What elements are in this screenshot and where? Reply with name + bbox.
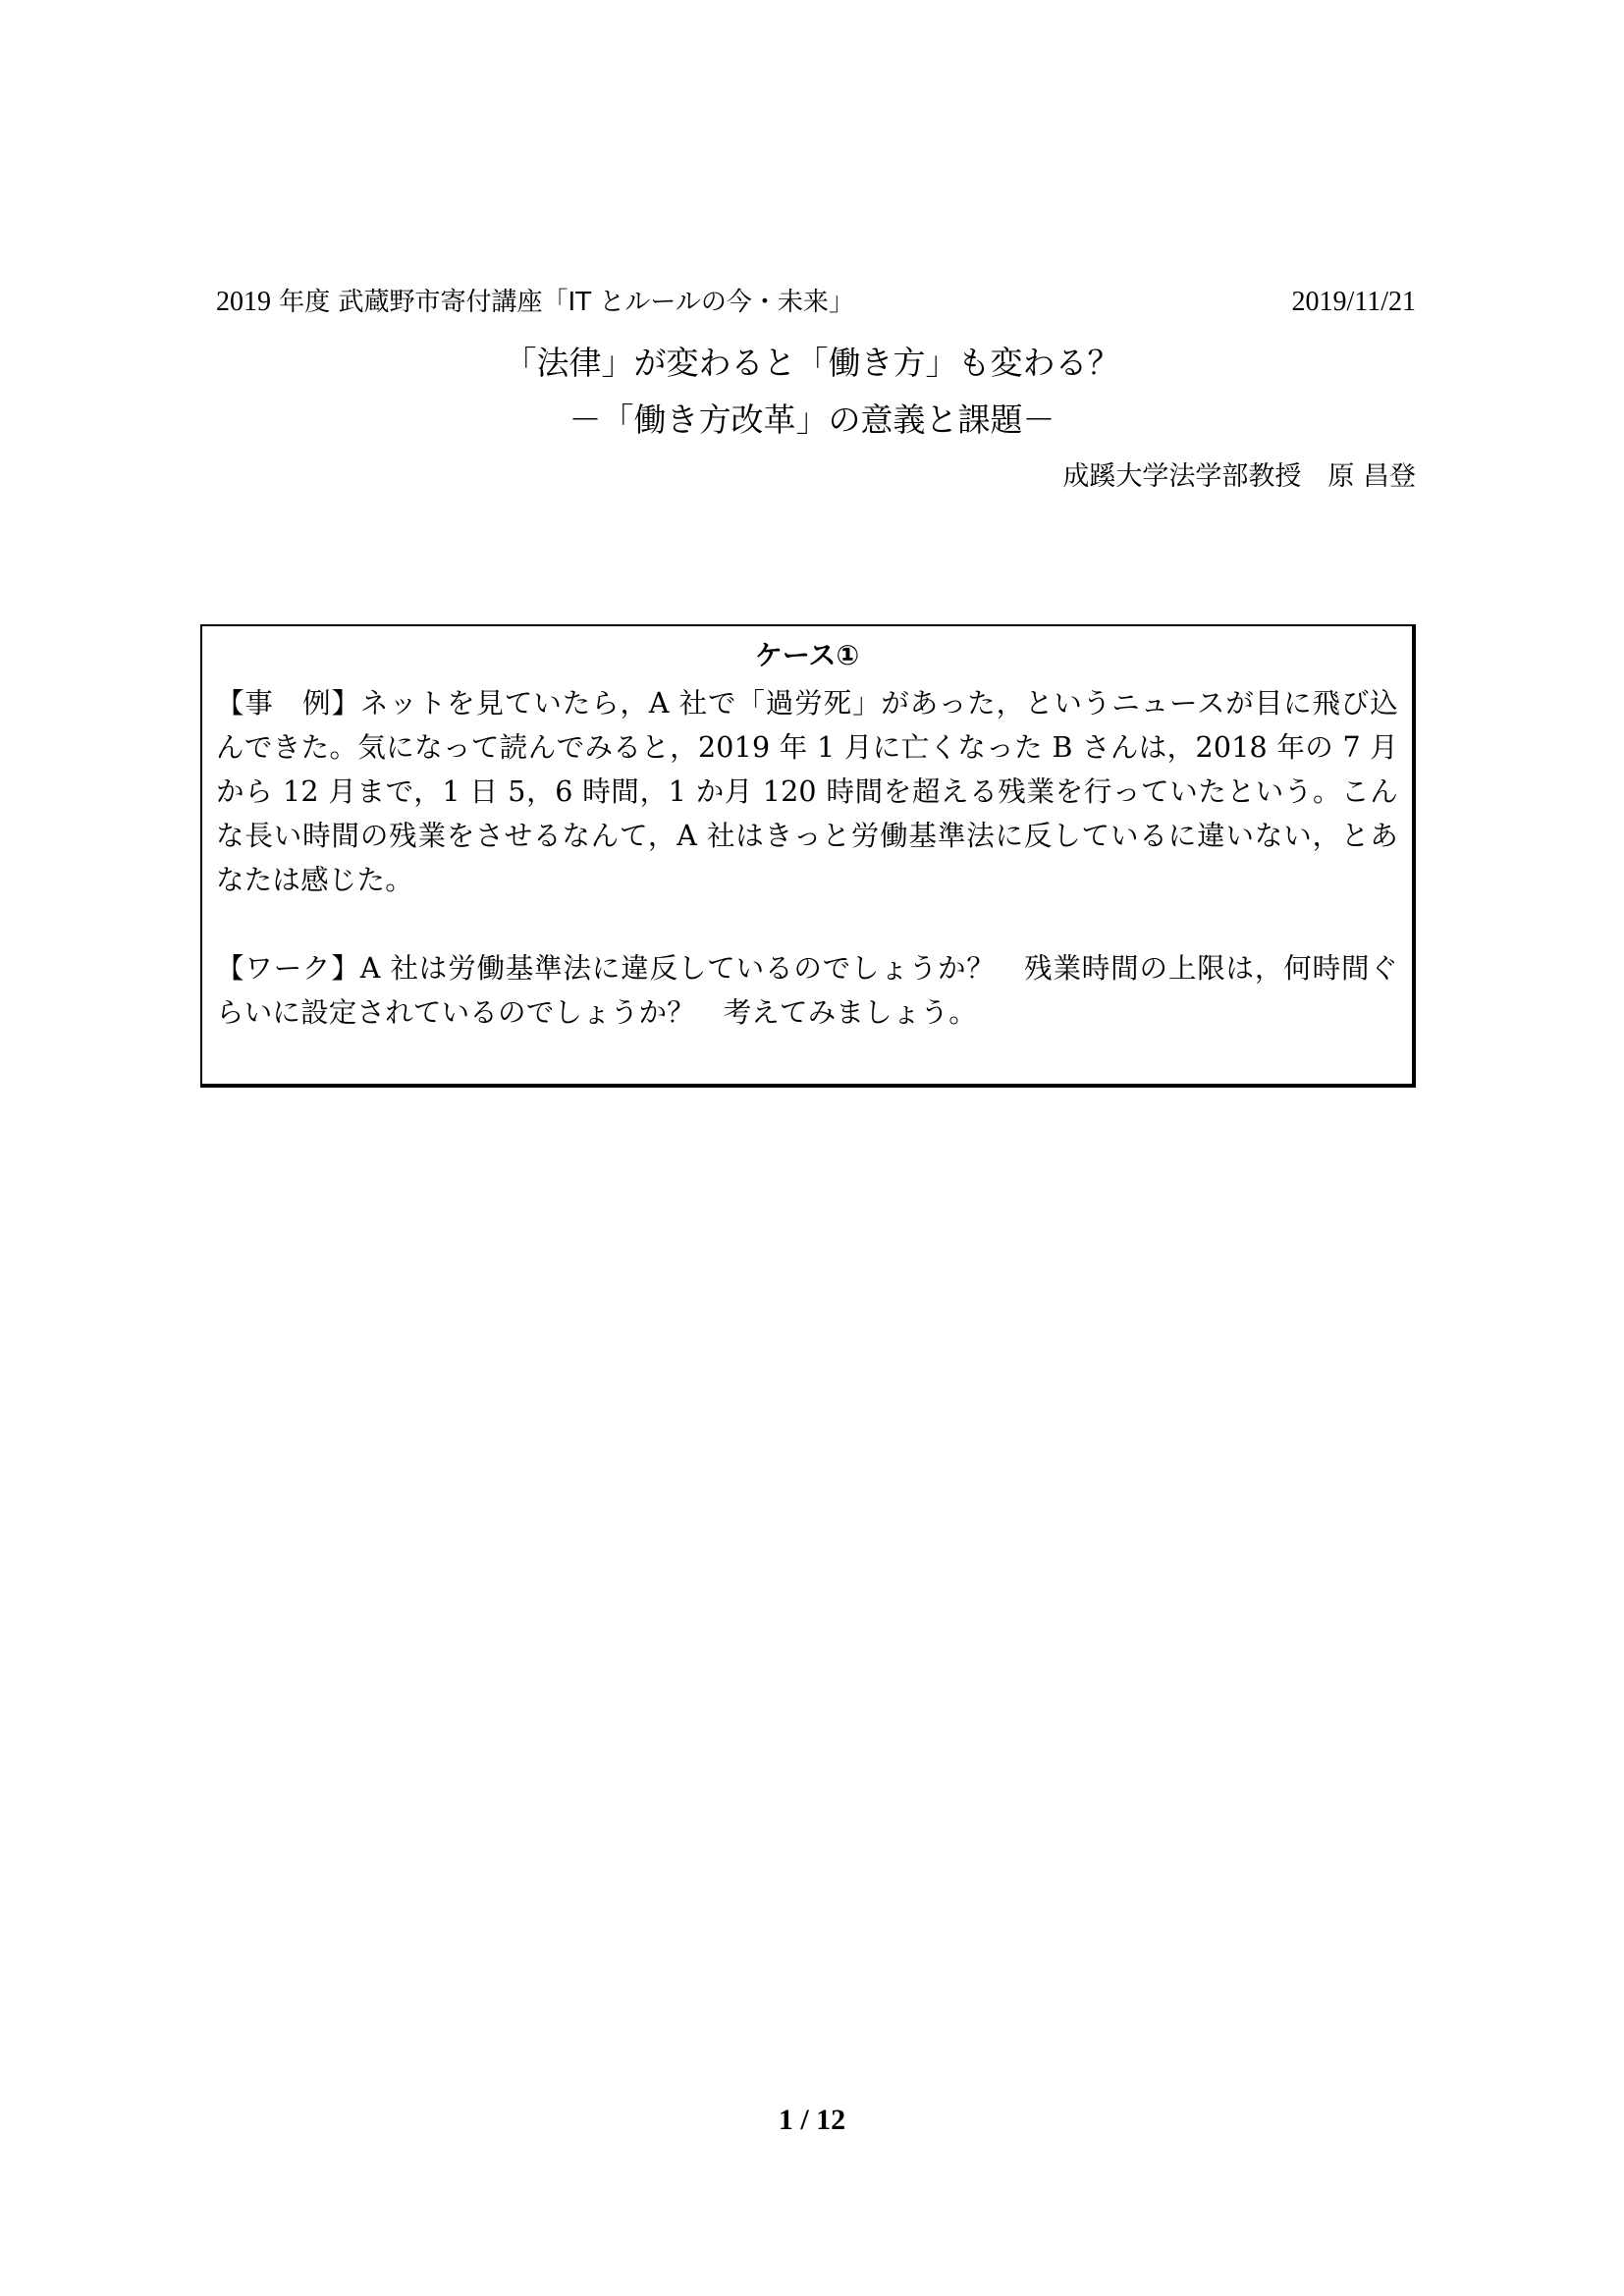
case-work-text: A 社は労働基準法に違反しているのでしょうか？ 残業時間の上限は，何時間ぐらいに… [216, 952, 1398, 1029]
course-name: 年度 武蔵野市寄付講座「IT とルールの今・未来」 [271, 288, 854, 317]
author-line: 成蹊大学法学部教授 原 昌登 [1062, 457, 1416, 497]
case-work-paragraph: 【ワーク】A 社は労働基準法に違反しているのでしょうか？ 残業時間の上限は，何時… [216, 946, 1398, 1035]
page-number: 1 / 12 [0, 2101, 1624, 2140]
course-title: 2019 年度 武蔵野市寄付講座「IT とルールの今・未来」 [216, 285, 854, 320]
case-body: 【事 例】ネットを見ていたら，A 社で「過労死」があった，というニュースが目に飛… [216, 681, 1398, 1035]
page-subtitle: －「働き方改革」の意義と課題－ [0, 399, 1624, 442]
page-title: 「法律」が変わると「働き方」も変わる？ [0, 342, 1624, 385]
course-year: 2019 [216, 287, 271, 317]
case-heading: ケース① [202, 636, 1412, 675]
document-header: 2019 年度 武蔵野市寄付講座「IT とルールの今・未来」 2019/11/2… [216, 285, 1416, 320]
paragraph-gap [216, 902, 1398, 946]
case-example-paragraph: 【事 例】ネットを見ていたら，A 社で「過労死」があった，というニュースが目に飛… [216, 681, 1398, 902]
case-work-label: 【ワーク】 [216, 952, 360, 985]
case-example-label: 【事 例】 [216, 687, 360, 720]
case-example-text: ネットを見ていたら，A 社で「過労死」があった，というニュースが目に飛び込んでき… [216, 687, 1398, 896]
lecture-date: 2019/11/21 [1291, 285, 1416, 320]
case-box: ケース① 【事 例】ネットを見ていたら，A 社で「過労死」があった，というニュー… [200, 624, 1416, 1088]
